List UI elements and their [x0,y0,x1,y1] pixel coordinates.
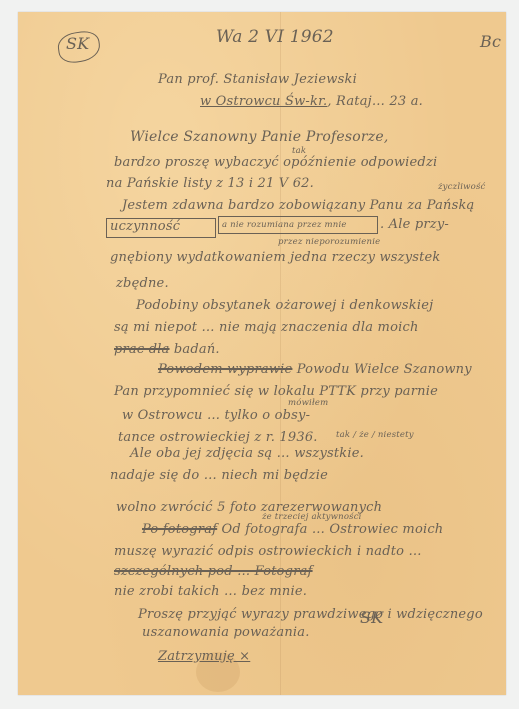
boxed-note-text: a nie rozumiana przez mnie [222,220,347,230]
body-line-20: nie zrobi takich … bez mnie. [114,584,307,599]
body-line-4: uczynność [110,219,180,234]
insert-above-line-3: życzliwość [438,182,485,192]
insert-below-note: przez nieporozumienie [278,237,380,247]
body-line-4-tail: . Ale przy- [380,217,449,232]
body-line-8: są mi niepot … nie mają znaczenia dla mo… [114,320,419,335]
signature: SK [360,610,383,625]
body-line-1: bardzo proszę wybaczyć opóźnienie odpowi… [114,155,437,170]
letter-date: Wa 2 VI 1962 [216,30,334,45]
address-line-1: Pan prof. Stanisław Jeziewski [158,72,357,87]
struck-text: Po fotograf [142,522,217,537]
insert-above-line-17: że trzeciej aktywności [262,512,362,522]
body-line-17: Po fotograf Od fotografa … Ostrowiec moi… [142,522,443,537]
body-line-14: Ale oba jej zdjęcia są … wszystkie. [130,446,364,461]
body-line-9: prac dla badań. [114,342,220,357]
body-line-7: Podobiny obsytanek ożarowej i denkowskie… [136,298,433,313]
closing-line-1: Proszę przyjąć wyrazy prawdziwego i wdzi… [138,607,483,622]
body-line-18: muszę wyrazić odpis ostrowieckich i nadt… [114,544,422,559]
body-line-11: Pan przypomnieć się w lokalu PTTK przy p… [114,384,438,399]
struck-text: prac dla [114,342,170,357]
insert-above-line-12: mówiłem [288,398,328,408]
body-line-3: Jestem zdawna bardzo zobowiązany Panu za… [122,198,475,213]
body-line-19: szczególnych pod … Fotograf [114,564,313,579]
body-line-15: nadaje się do … niech mi będzie [110,468,328,483]
body-line-10: Powodem wyprawie Powodu Wielce Szanowny [158,362,472,377]
corner-mark-left: SK [66,36,89,51]
insert-above-line-14: tak / że / niestety [336,430,414,440]
address-street: , Rataj… 23 a. [327,94,423,109]
address-line-2: w Ostrowcu Św-kr., Rataj… 23 a. [200,94,423,109]
struck-text: Powodem wyprawie [158,362,292,377]
letter-sheet: SK Wa 2 VI 1962 Bc Pan prof. Stanisław J… [18,12,506,695]
salutation: Wielce Szanowny Panie Profesorze, [130,130,388,145]
closing-line-2: uszanowania poważania. [142,625,310,640]
body-line-6: zbędne. [116,276,169,291]
footer-note: Zatrzymuję × [158,649,250,664]
body-line-12: w Ostrowcu … tylko o obsy- [122,408,310,423]
body-line-2: na Pańskie listy z 13 i 21 V 62. [106,176,314,191]
corner-mark-right: Bc [480,34,501,49]
address-city: w Ostrowcu Św-kr. [200,94,327,109]
body-line-13: tance ostrowieckiej z r. 1936. [118,430,318,445]
body-line-5: gnębiony wydatkowaniem jedna rzeczy wszy… [110,250,441,265]
